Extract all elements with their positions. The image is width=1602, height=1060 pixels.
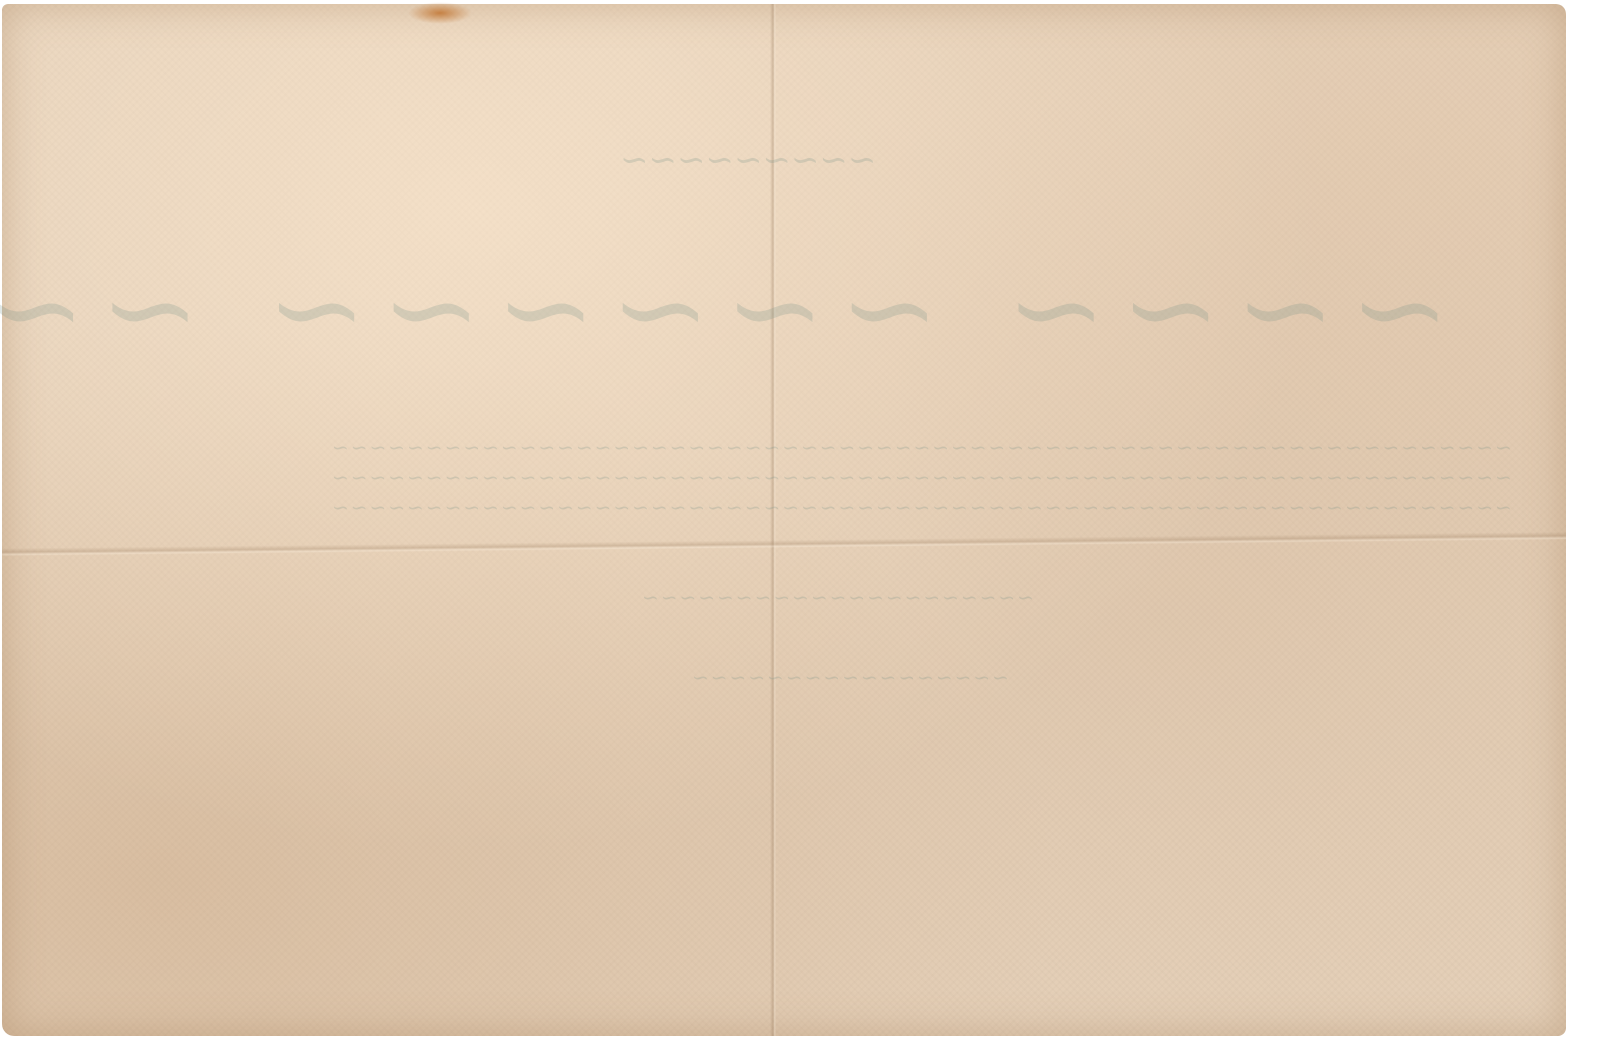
- rust-stain: [408, 2, 472, 24]
- bleed-through-denomination: ~~~~ ~~~~~~ ~~~~: [90, 240, 1450, 379]
- bleed-through-header: ~~~~~~~~~: [620, 140, 876, 180]
- bleed-through-text-line: ~~~~~~~~~~~~~~~~~~~~~~~~~~~~~~~~~~~~~~~~…: [330, 495, 1512, 519]
- bleed-through-text-line: ~~~~~~~~~~~~~~~~~: [690, 665, 1009, 689]
- bleed-through-text-line: ~~~~~~~~~~~~~~~~~~~~~: [640, 585, 1034, 609]
- bleed-through-text-line: ~~~~~~~~~~~~~~~~~~~~~~~~~~~~~~~~~~~~~~~~…: [330, 465, 1512, 489]
- bleed-through-text-line: ~~~~~~~~~~~~~~~~~~~~~~~~~~~~~~~~~~~~~~~~…: [330, 435, 1512, 459]
